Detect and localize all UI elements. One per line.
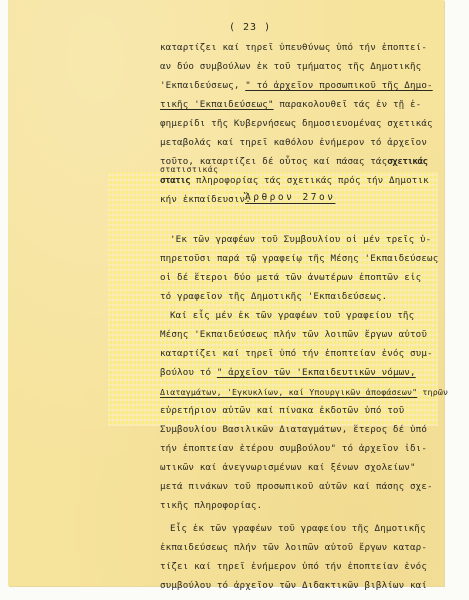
text-line: συμβούλου τό ἀρχεῖον τῶν Διδακτικῶν βιβλ…: [160, 579, 427, 593]
handwritten-insertion: στατιστικάς: [160, 165, 218, 174]
text-segment: πληροφορίας τάς σχετικάς πρός τήν Δημοτι…: [190, 175, 429, 186]
text-line: Συμβουλίου Βασιλικῶν Διαταγμάτων, ἕτερος…: [160, 423, 427, 437]
text-line: 'Εκπαιδεύσεως, " τό ἀρχεῖον προσωπικοῦ τ…: [160, 79, 433, 93]
text-line: εὑρετήριον αὐτῶν καί πίνακα ἐκδοτῶν ὑπό …: [160, 404, 404, 418]
text-segment: βούλου τό: [160, 367, 217, 378]
struck-out-word: στατις: [160, 175, 190, 186]
underlined-title: " τό ἀρχεῖον προσωπικοῦ τῆς Δημο-: [245, 80, 432, 91]
text-segment: παρακολουθεῖ τάς ἐν τῇ ἐ-: [274, 99, 422, 110]
text-line: καταρτίζει καί τηρεῖ ὑπό τήν ἐποπτείαν ἑ…: [160, 347, 433, 361]
text-line: τίζει καί τηρεῖ ἐνήμερον ὑπό τήν ἐποπτεί…: [160, 560, 427, 574]
article-heading: Ἄρθρον 27ον: [245, 192, 335, 203]
text-line: τικῆς 'Εκπαιδεύσεως" παρακολουθεῖ τάς ἐν…: [160, 98, 421, 112]
text-line: 'Εκ τῶν γραφέων τοῦ Συμβουλίου οἱ μέν τρ…: [170, 233, 431, 247]
text-line: τήν ἐποπτείαν ἑτέρου συμβούλου" τό ἀρχεῖ…: [160, 442, 427, 456]
text-line: καταρτίζει καί τηρεῖ ὑπευθύνως ὑπό τήν ἐ…: [160, 41, 427, 55]
text-line: βούλου τό " ἀρχεῖον τῶν 'Εκπαιδευτικῶν ν…: [160, 366, 416, 380]
struck-out-word: σχετικάς: [387, 156, 427, 167]
underlined-title: Διαταγμάτων, 'Εγκυκλίων, καί Υπουργικῶν …: [160, 387, 417, 397]
underlined-title: τικῆς 'Εκπαιδεύσεως": [160, 99, 274, 110]
text-line: κήν ἐκπαίδευσιν.: [160, 193, 251, 207]
text-line: μετά πινάκων τοῦ προσωπικοῦ αὐτῶν καί πά…: [160, 480, 433, 494]
text-line: οἱ δέ ἕτεροι δύο μετά τῶν ἀνωτέρων ἐποπτ…: [160, 271, 421, 285]
text-line: πηρετοῦσι παρά τῷ γραφείῳ τῆς Μέσης 'Εκπ…: [160, 252, 438, 266]
text-segment: 'Εκπαιδεύσεως,: [160, 80, 245, 91]
text-line: τό γραφεῖον τῆς Δημοτικῆς 'Εκπαιδεύσεως.: [160, 290, 387, 304]
text-line: τικῆς πληροφορίας.: [160, 499, 262, 513]
text-line: Εἷς ἐκ τῶν γραφέων τοῦ γραφείου τῆς Δημο…: [170, 522, 426, 536]
text-line: ωτικῶν καί ἀνεγνωρισμένων καί ξένων σχολ…: [160, 461, 416, 475]
text-segment: τηρῶν: [417, 387, 448, 397]
text-line: φημερίδι τῆς Κυβερνήσεως δημοσιευομένας …: [160, 117, 433, 131]
text-line: Μέσης 'Εκπαιδεύσεως πλήν τῶν λοιπῶν ἔργω…: [160, 328, 427, 342]
text-line: Καί εἷς μέν ἐκ τῶν γραφέων τοῦ γραφείου …: [170, 309, 414, 323]
page-number: ( 23 ): [229, 22, 271, 33]
text-line: ἐκπαιδεύσεως πλήν τῶν λοιπῶν αὐτοῦ ἔργων…: [160, 541, 427, 555]
text-line: Διαταγμάτων, 'Εγκυκλίων, καί Υπουργικῶν …: [160, 385, 448, 399]
text-line: στατις πληροφορίας τάς σχετικάς πρός τήν…: [160, 174, 429, 188]
text-line: αν δύο συμβούλων ἐκ τοῦ τμήματος τῆς Δημ…: [160, 60, 421, 74]
text-line: μεταβολάς καί τηρεῖ καθόλου ἐνήμερον τό …: [160, 136, 427, 150]
underlined-title: " ἀρχεῖον τῶν 'Εκπαιδευτικῶν νόμων,: [217, 367, 416, 378]
